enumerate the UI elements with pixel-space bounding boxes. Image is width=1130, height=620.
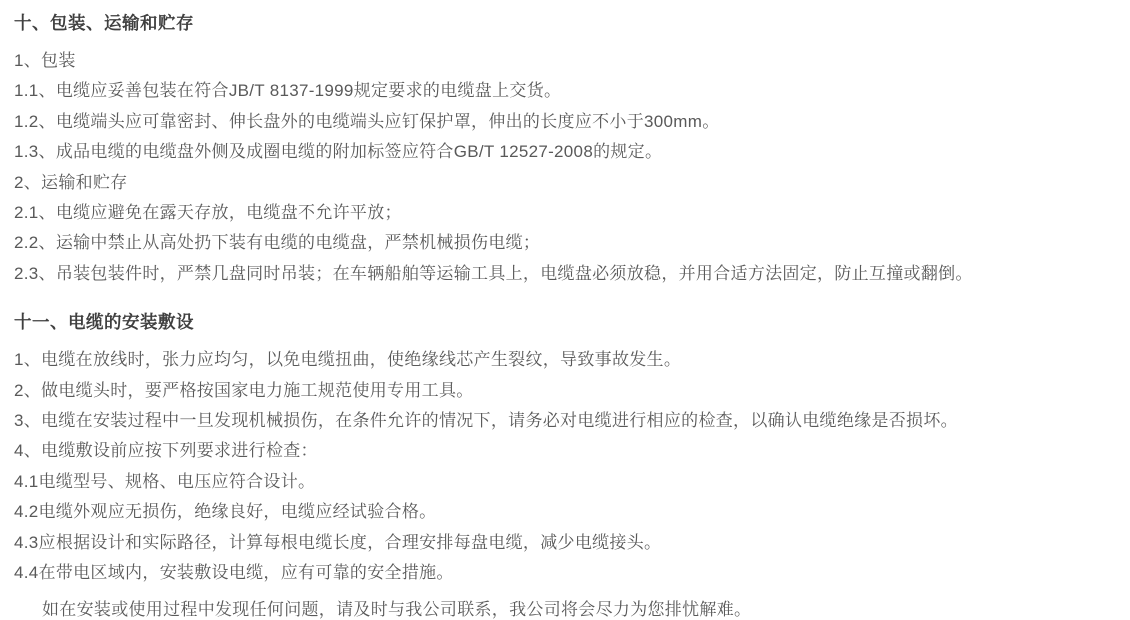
section-packaging-transport-storage: 十、包装、运输和贮存 1、包装 1.1、电缆应妥善包装在符合JB/T 8137-… [14,8,1116,289]
doc-line-install-1: 1、电缆在放线时，张力应均匀，以免电缆扭曲，使绝缘线芯产生裂纹，导致事故发生。 [14,345,1116,375]
section-heading: 十、包装、运输和贮存 [14,8,1116,38]
section-installation-laying: 十一、电缆的安装敷设 1、电缆在放线时，张力应均匀，以免电缆扭曲，使绝缘线芯产生… [14,307,1116,620]
doc-line-install-2: 2、做电缆头时，要严格按国家电力施工规范使用专用工具。 [14,376,1116,406]
doc-line-1-1: 1.1、电缆应妥善包装在符合JB/T 8137-1999规定要求的电缆盘上交货。 [14,76,1116,106]
doc-line-1-2: 1.2、电缆端头应可靠密封、伸长盘外的电缆端头应钉保护罩，伸出的长度应不小于30… [14,107,1116,137]
doc-line-2-1: 2.1、电缆应避免在露天存放，电缆盘不允许平放； [14,198,1116,228]
doc-line-install-4-1: 4.1电缆型号、规格、电压应符合设计。 [14,467,1116,497]
doc-line-2-2: 2.2、运输中禁止从高处扔下装有电缆的电缆盘，严禁机械损伤电缆； [14,228,1116,258]
doc-line-install-4-2: 4.2电缆外观应无损伤，绝缘良好，电缆应经试验合格。 [14,497,1116,527]
doc-line-1-3: 1.3、成品电缆的电缆盘外侧及成圈电缆的附加标签应符合GB/T 12527-20… [14,137,1116,167]
doc-line-install-4-4: 4.4在带电区域内，安装敷设电缆，应有可靠的安全措施。 [14,558,1116,588]
doc-line-packaging: 1、包装 [14,46,1116,76]
doc-line-install-3: 3、电缆在安装过程中一旦发现机械损伤，在条件允许的情况下，请务必对电缆进行相应的… [14,406,1116,436]
doc-line-transport-storage: 2、运输和贮存 [14,168,1116,198]
document-page: { "page": { "background_color": "#ffffff… [0,0,1130,620]
doc-line-install-4-3: 4.3应根据设计和实际路径，计算每根电缆长度，合理安排每盘电缆，减少电缆接头。 [14,528,1116,558]
section-heading: 十一、电缆的安装敷设 [14,307,1116,337]
doc-line-2-3: 2.3、吊装包装件时，严禁几盘同时吊装；在车辆船舶等运输工具上，电缆盘必须放稳，… [14,259,1116,289]
doc-closing-note: 如在安装或使用过程中发现任何问题，请及时与我公司联系，我公司将会尽力为您排忧解难… [14,595,1116,620]
doc-line-install-4: 4、电缆敷设前应按下列要求进行检查： [14,436,1116,466]
